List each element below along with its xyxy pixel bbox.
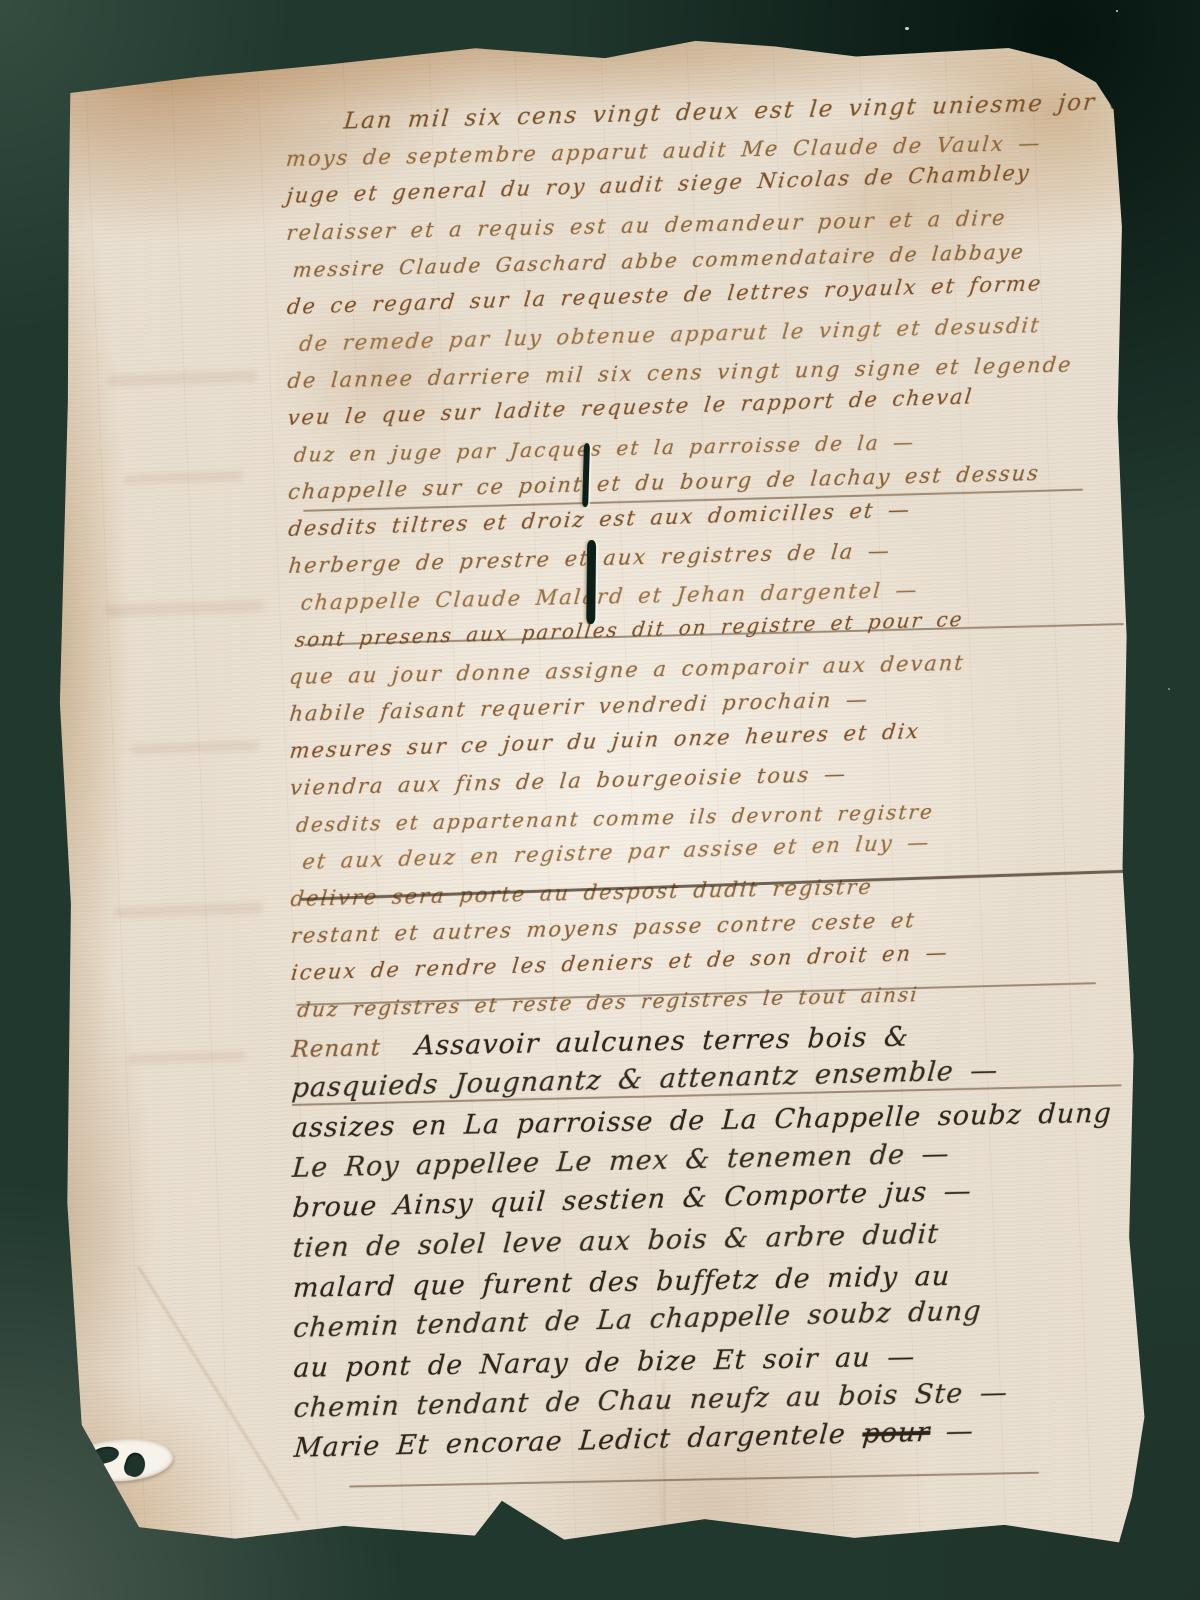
- bleedthrough-smudge: [123, 471, 243, 485]
- manuscript-page: Lan mil six cens vingt deux est le vingt…: [50, 37, 1149, 1554]
- handwritten-text-block: Lan mil six cens vingt deux est le vingt…: [286, 99, 1134, 1469]
- line-filler-dash: —: [929, 1416, 974, 1448]
- bleedthrough-smudge: [107, 370, 257, 387]
- dust-speck: [905, 27, 909, 30]
- fold-crease: [138, 1266, 300, 1521]
- paper-slit-tear: [586, 540, 596, 624]
- bleedthrough-smudge: [114, 902, 264, 918]
- bleedthrough-smudge: [130, 740, 260, 754]
- bleedthrough-smudge: [104, 600, 264, 617]
- photo-backdrop: Lan mil six cens vingt deux est le vingt…: [0, 0, 1200, 1600]
- dust-speck: [1168, 688, 1170, 690]
- ink-stroke: [349, 1472, 1039, 1488]
- catchword: Renant: [291, 1035, 382, 1063]
- struck-out-word: pour: [861, 1417, 931, 1450]
- dust-speck: [1116, 10, 1118, 12]
- bleedthrough-smudge: [126, 1051, 246, 1065]
